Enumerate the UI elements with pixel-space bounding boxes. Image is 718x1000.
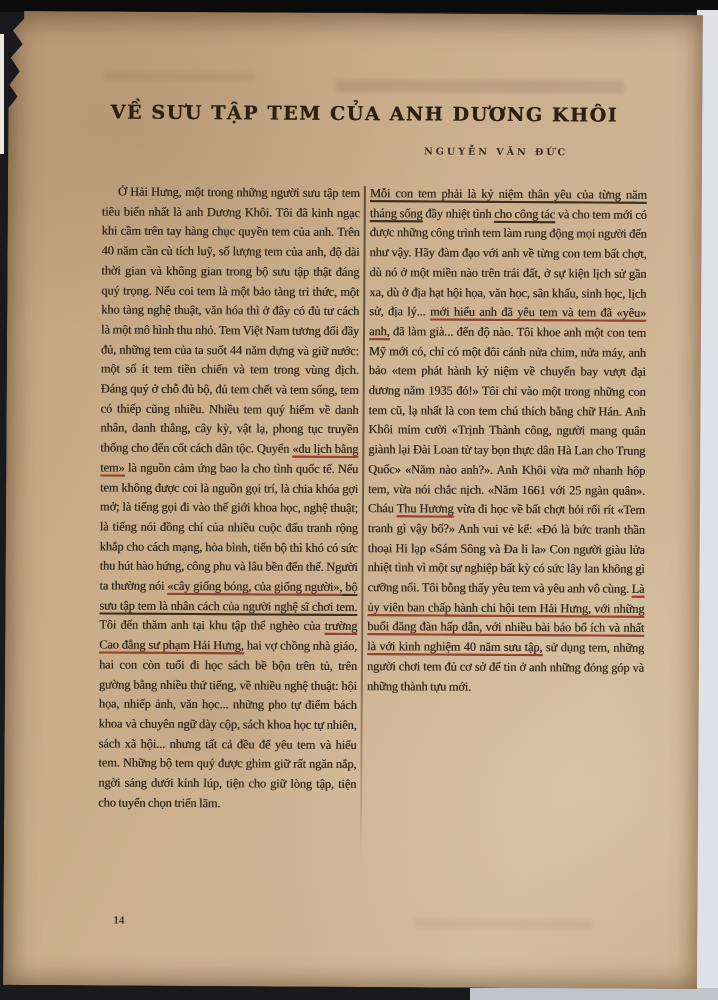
ink-bleed-smudge bbox=[105, 71, 255, 81]
annotated-phrase: Thu Hương bbox=[397, 502, 454, 516]
text-segment: vừa đi học về bất chợt hỏi rối rít «Tem … bbox=[367, 502, 645, 596]
article-byline: NGUYỄN VĂN ĐỨC bbox=[308, 146, 568, 159]
ink-bleed-smudge bbox=[334, 79, 624, 94]
scan-black-bar bbox=[0, 0, 718, 12]
text-segment: hai vợ chồng nhà giáo, hai con còn tuổi … bbox=[98, 639, 357, 810]
ink-bleed-smudge bbox=[413, 918, 593, 929]
scanned-page-canvas: VỀ SƯU TẬP TEM CỦA ANH DƯƠNG KHÔI NGUYỄN… bbox=[0, 0, 718, 1000]
scanner-bed-bottom bbox=[470, 988, 718, 1000]
scan-edge-sliver bbox=[0, 34, 4, 154]
text-segment: là nguồn cảm ứng bao la cho tình quốc tế… bbox=[99, 460, 358, 592]
text-segment: đầy nhiệt tình bbox=[422, 206, 494, 220]
annotated-phrase: «cây giống bóng, của giống người», bbox=[167, 579, 342, 594]
annotated-phrase: cho công tác bbox=[494, 207, 555, 221]
column-divider-line bbox=[360, 186, 366, 862]
text-segment: đã làm già... đến độ nào. Tôi khoe anh m… bbox=[368, 324, 646, 515]
text-segment: Ở Hải Hưng, một trong những người sưu tậ… bbox=[100, 185, 360, 456]
article-title: VỀ SƯU TẬP TEM CỦA ANH DƯƠNG KHÔI bbox=[84, 101, 644, 126]
right-column: Mỗi con tem phải là kỷ niệm thân yêu của… bbox=[366, 184, 647, 870]
paper-sheet: VỀ SƯU TẬP TEM CỦA ANH DƯƠNG KHÔI NGUYỄN… bbox=[3, 11, 703, 989]
text-segment: Tôi đến thăm anh tại khu tập thể nghèo c… bbox=[99, 618, 324, 633]
left-column: Ở Hải Hưng, một trong những người sưu tậ… bbox=[98, 182, 360, 868]
text-segment: và cho tem mới có được những công trình … bbox=[369, 207, 647, 319]
page-number: 14 bbox=[113, 915, 124, 927]
